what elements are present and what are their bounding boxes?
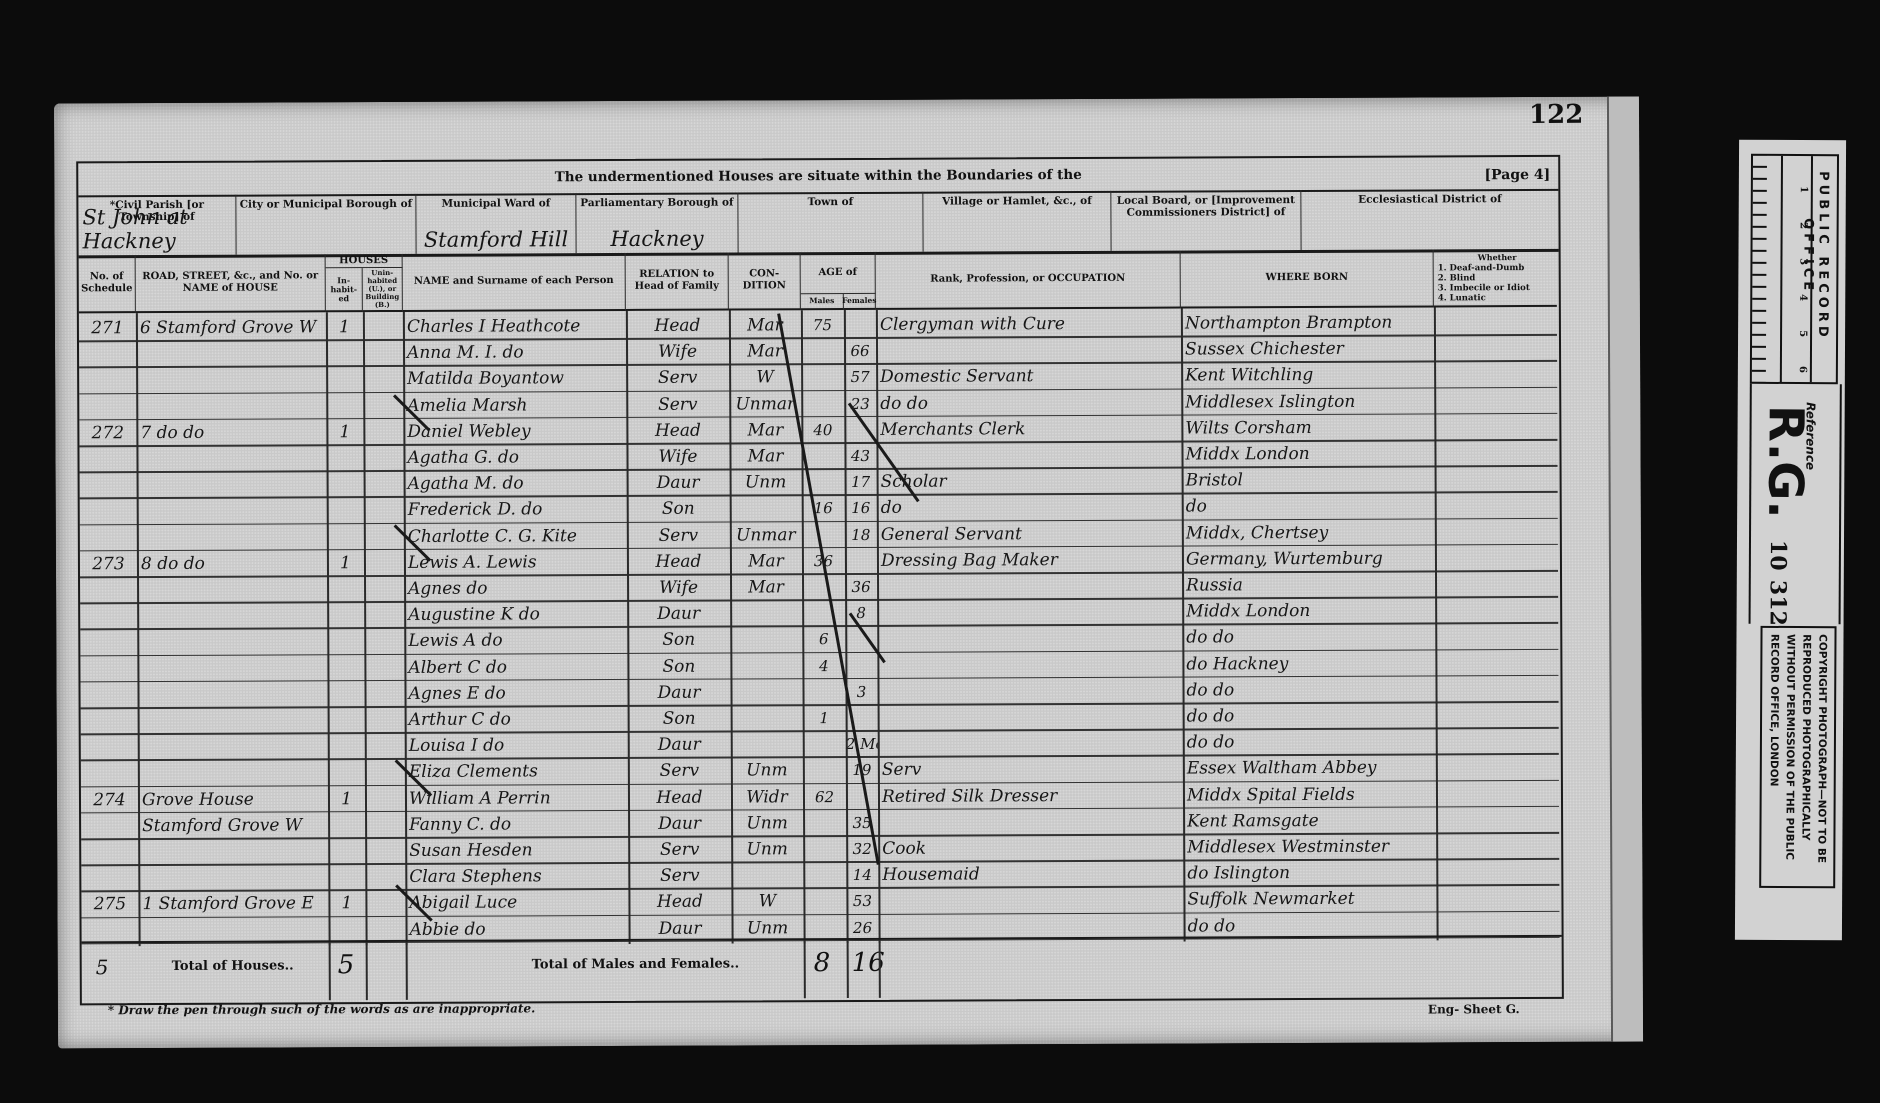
cell-relation: Son [627, 653, 730, 677]
cell-name: Agatha G. do [403, 444, 626, 469]
cell-schedule [80, 682, 137, 706]
place-municipal-ward: Municipal Ward of Stamford Hill [416, 193, 576, 254]
cell-schedule [80, 525, 137, 549]
col-age: AGE of [801, 252, 876, 294]
cell-schedule: 275 [81, 891, 138, 915]
cell-schedule [80, 603, 137, 627]
col-relation: RELATION to Head of Family [626, 253, 729, 311]
cell-where-born: Bristol [1182, 467, 1435, 492]
cell-inhabited [328, 707, 365, 731]
cell-where-born: do Hackney [1182, 650, 1435, 675]
cell-male-age: 75 [801, 312, 844, 336]
cell-name: Clara Stephens [405, 863, 628, 888]
cell-relation: Wife [627, 575, 730, 599]
schedules-mark: 5 [96, 955, 109, 979]
cell-name: William A Perrin [405, 785, 628, 810]
series-number: 10 [1765, 540, 1791, 571]
cell-road [137, 681, 327, 706]
cell-condition [730, 679, 802, 703]
cell-female-age: 53 [846, 888, 878, 912]
place-names-row: *Civil Parish [or Township] of St John a… [78, 189, 1558, 258]
cell-schedule [81, 918, 138, 942]
cell-female-age: 36 [845, 574, 877, 598]
cell-name: Amelia Marsh [403, 392, 626, 417]
cell-occupation [877, 625, 1182, 650]
cell-road [137, 602, 327, 627]
cell-schedule [79, 446, 136, 470]
cell-relation: Daur [628, 732, 731, 756]
cell-name: Agnes do [404, 575, 627, 600]
cell-relation: Son [627, 496, 730, 520]
cell-inhabited: 1 [327, 550, 364, 574]
cell-relation: Wife [626, 444, 729, 468]
cell-schedule [81, 865, 138, 889]
cell-male-age: 62 [803, 784, 846, 808]
cell-name: Susan Hesden [405, 837, 628, 862]
cell-relation: Head [627, 548, 730, 572]
cell-road [138, 707, 328, 732]
cell-inhabited [327, 655, 364, 679]
col-where-born: WHERE BORN [1181, 249, 1434, 308]
cell-condition [731, 705, 803, 729]
cell-female-age: 16 [845, 495, 877, 519]
cell-occupation: Retired Silk Dresser [878, 782, 1183, 807]
cell-inhabited [327, 629, 364, 653]
cell-condition: Unm [731, 758, 803, 782]
cell-schedule [80, 577, 137, 601]
cell-male-age [802, 679, 845, 703]
cell-road [138, 917, 328, 942]
cell-occupation [876, 337, 1181, 362]
cell-female-age: 14 [846, 862, 878, 886]
sheet-code: Eng- Sheet G. [1428, 1002, 1520, 1016]
cell-condition: Mar [729, 312, 801, 336]
cell-male-age [803, 915, 846, 939]
cell-occupation: Serv [878, 756, 1183, 781]
col-uninhabited: Unin-habited (U.), or Building (B.) [363, 268, 403, 312]
total-houses-value: 5 [338, 950, 355, 980]
cell-schedule [81, 839, 138, 863]
cell-inhabited: 1 [326, 314, 363, 338]
cell-male-age: 16 [802, 495, 845, 519]
col-infirmity: Whether 1. Deaf-and-Dumb 2. Blind 3. Imb… [1434, 249, 1557, 308]
col-name: NAME and Surname of each Person [403, 253, 626, 312]
cell-condition: Mar [730, 548, 802, 572]
reference-card: 123456 PUBLIC RECORD OFFICE R.G. Referen… [1735, 140, 1846, 941]
cell-condition [730, 627, 802, 651]
cell-occupation: Housemaid [878, 861, 1183, 886]
cell-inhabited [328, 812, 365, 836]
cell-name: Louisa I do [405, 732, 628, 757]
cell-where-born: Germany, Wurtemburg [1182, 545, 1435, 570]
place-local-board: Local Board, or [Improvement Commissione… [1111, 190, 1301, 251]
cell-male-age [802, 600, 845, 624]
cell-name: Abbie do [405, 916, 628, 941]
cell-schedule: 271 [79, 315, 136, 339]
cell-road: Stamford Grove W [138, 812, 328, 837]
cell-where-born: do do [1183, 912, 1436, 937]
cell-relation: Head [626, 417, 729, 441]
census-sheet: 122 The undermentioned Houses are situat… [54, 97, 1643, 1049]
cell-occupation: Dressing Bag Maker [877, 546, 1182, 571]
cell-where-born: Suffolk Newmarket [1183, 886, 1436, 911]
cell-road [137, 629, 327, 654]
cell-road: 1 Stamford Grove E [138, 891, 328, 916]
piece-number: 312 [1765, 580, 1791, 626]
cell-occupation [877, 651, 1182, 676]
cell-where-born: Middlesex Westminster [1183, 833, 1436, 858]
cell-name: Fanny C. do [405, 811, 628, 836]
cell-name: Charles I Heathcote [403, 313, 626, 338]
cell-condition: Mar [729, 338, 801, 362]
cell-male-age [803, 810, 846, 834]
cell-schedule: 274 [81, 787, 138, 811]
cell-inhabited: 1 [328, 786, 365, 810]
cell-inhabited: 1 [326, 419, 363, 443]
cell-name: Matilda Boyantow [403, 365, 626, 390]
sheet-edge [1607, 97, 1643, 1042]
cell-road [136, 340, 326, 365]
cell-relation: Head [626, 313, 729, 337]
cell-occupation: Merchants Clerk [876, 415, 1181, 440]
cell-road: 8 do do [137, 550, 327, 575]
cell-schedule [79, 341, 136, 365]
cell-female-age: 66 [844, 338, 876, 362]
cell-inhabited [328, 733, 365, 757]
cell-name: Eliza Clements [405, 758, 628, 783]
cell-occupation [877, 677, 1182, 702]
cell-where-born: Middx, Chertsey [1182, 519, 1435, 544]
cell-where-born: Kent Ramsgate [1183, 807, 1436, 832]
cell-male-age [803, 888, 846, 912]
cell-road [137, 471, 327, 496]
footnote: * Draw the pen through such of the words… [108, 1001, 535, 1017]
cell-where-born: Sussex Chichester [1181, 336, 1434, 361]
cell-relation: Serv [626, 365, 729, 389]
cell-where-born: Middlesex Islington [1181, 388, 1434, 413]
cell-name: Agatha M. do [404, 470, 627, 495]
col-schedule: No. of Schedule [79, 255, 136, 313]
cell-where-born: Middx London [1182, 598, 1435, 623]
cell-where-born: do Islington [1183, 860, 1436, 885]
cell-road [138, 838, 328, 863]
cell-occupation: Scholar [877, 468, 1182, 493]
cell-female-age: 2 Mo [846, 731, 878, 755]
cell-male-age: 40 [801, 417, 844, 441]
cell-male-age: 1 [803, 705, 846, 729]
cell-road [137, 524, 327, 549]
cell-inhabited [328, 760, 365, 784]
cell-male-age [802, 522, 845, 546]
copyright-notice: COPYRIGHT PHOTOGRAPH—NOT TO BE REPRODUCE… [1765, 634, 1830, 884]
cell-inhabited [326, 393, 363, 417]
cell-occupation [877, 573, 1182, 598]
col-road: ROAD, STREET, &c., and No. or NAME of HO… [136, 254, 326, 313]
cell-relation: Serv [628, 863, 731, 887]
cell-where-born: do do [1182, 676, 1435, 701]
cell-where-born: Northampton Brampton [1181, 309, 1434, 334]
cell-male-age [801, 338, 844, 362]
cell-occupation [876, 442, 1181, 467]
office-name: PUBLIC RECORD OFFICE [1800, 146, 1831, 366]
cell-female-age [846, 783, 878, 807]
cell-male-age [801, 391, 844, 415]
col-age-males: Males [801, 294, 844, 310]
cell-male-age [801, 443, 844, 467]
cell-road [136, 367, 326, 392]
place-ecclesiastical-district: Ecclesiastical District of [1301, 189, 1558, 250]
cell-name: Charlotte C. G. Kite [404, 523, 627, 548]
cell-schedule: 272 [79, 420, 136, 444]
cell-occupation: Domestic Servant [876, 363, 1181, 388]
cell-relation: Daur [627, 679, 730, 703]
total-persons-label: Total of Males and Females.. [532, 956, 740, 972]
cell-schedule [81, 708, 138, 732]
cell-name: Anna M. I. do [403, 339, 626, 364]
cell-female-age: 17 [845, 469, 877, 493]
cell-relation: Serv [628, 758, 731, 782]
cell-where-born: do do [1183, 702, 1436, 727]
cell-schedule [80, 498, 137, 522]
cell-inhabited [328, 838, 365, 862]
cell-name: Arthur C do [405, 706, 628, 731]
cell-female-age [844, 312, 876, 336]
census-form: The undermentioned Houses are situate wi… [76, 155, 1564, 1005]
cell-inhabited [327, 524, 364, 548]
cell-road [138, 760, 328, 785]
cell-name: Augustine K do [404, 601, 627, 626]
total-males-value: 8 [814, 948, 831, 978]
cell-schedule [80, 629, 137, 653]
cell-schedule [79, 394, 136, 418]
cell-relation: Serv [627, 522, 730, 546]
cell-condition [730, 653, 802, 677]
cell-condition: Unm [731, 915, 803, 939]
cell-road [138, 733, 328, 758]
cell-relation: Head [628, 889, 731, 913]
cell-schedule [81, 760, 138, 784]
cell-relation: Wife [626, 339, 729, 363]
cell-relation: Daur [628, 915, 731, 939]
page-label: [Page 4] [1484, 159, 1550, 191]
cell-male-age [803, 731, 846, 755]
cell-inhabited [326, 445, 363, 469]
cell-inhabited: 1 [328, 891, 365, 915]
cell-road: 7 do do [136, 419, 326, 444]
cell-name: Lewis A. Lewis [404, 549, 627, 574]
cell-schedule [81, 734, 138, 758]
cell-female-age: 26 [846, 914, 878, 938]
cell-where-born: Russia [1182, 571, 1435, 596]
cell-name: Albert C do [404, 654, 627, 679]
cell-relation: Serv [628, 837, 731, 861]
cell-road [137, 655, 327, 680]
total-houses-label: Total of Houses.. [172, 958, 294, 974]
cell-condition [730, 600, 802, 624]
reference-label: Reference [1803, 402, 1817, 470]
col-houses: HOUSES [326, 254, 403, 268]
folio-number: 122 [1529, 100, 1583, 130]
totals-row: 5 Total of Houses.. 5 Total of Males and… [82, 935, 1562, 1001]
cell-name: Abigail Luce [405, 889, 628, 914]
cell-female-age: 43 [844, 443, 876, 467]
cell-male-age [802, 574, 845, 598]
cell-male-age [803, 862, 846, 886]
cell-condition: Unm [731, 810, 803, 834]
banner-text: The undermentioned Houses are situate wi… [555, 167, 1082, 185]
cell-relation: Son [628, 706, 731, 730]
ruler-number: 6 [1797, 366, 1808, 373]
cell-relation: Daur [628, 810, 731, 834]
cell-road: 6 Stamford Grove W [136, 314, 326, 339]
cell-female-age [845, 652, 877, 676]
cell-occupation: do do [876, 389, 1181, 414]
cell-name: Agnes E do [404, 680, 627, 705]
cell-occupation [878, 704, 1183, 729]
cell-name: Frederick D. do [404, 496, 627, 521]
cell-occupation [877, 599, 1182, 624]
cell-name: Daniel Webley [403, 418, 626, 443]
cell-schedule [80, 472, 137, 496]
cell-inhabited [327, 681, 364, 705]
cell-occupation: do [877, 494, 1182, 519]
cell-female-age: 18 [845, 521, 877, 545]
cell-where-born: do [1182, 493, 1435, 518]
ruler-ticks [1752, 156, 1783, 382]
cell-male-age [803, 836, 846, 860]
cell-female-age [845, 548, 877, 572]
cell-schedule [80, 656, 137, 680]
cell-male-age [803, 757, 846, 781]
cell-relation: Son [627, 627, 730, 651]
cell-occupation [878, 913, 1183, 938]
cell-inhabited [327, 576, 364, 600]
cell-condition: Unm [730, 469, 802, 493]
cell-occupation [878, 808, 1183, 833]
col-age-females: Females [844, 294, 876, 310]
cell-schedule [79, 367, 136, 391]
cell-inhabited [328, 864, 365, 888]
cell-where-born: Essex Waltham Abbey [1183, 755, 1436, 780]
place-municipal-borough: City or Municipal Borough of [236, 194, 416, 255]
place-town: Town of [738, 192, 923, 253]
cell-occupation [878, 730, 1183, 755]
cell-condition: Unmar [730, 522, 802, 546]
cell-condition: Widr [731, 784, 803, 808]
col-occupation: Rank, Profession, or OCCUPATION [876, 251, 1181, 310]
cell-relation: Daur [627, 470, 730, 494]
cell-inhabited [327, 498, 364, 522]
cell-where-born: Middx Spital Fields [1183, 781, 1436, 806]
cell-name: Lewis A do [404, 627, 627, 652]
cell-where-born: do do [1182, 624, 1435, 649]
cell-road [137, 576, 327, 601]
cell-road: Grove House [138, 786, 328, 811]
cell-road [137, 498, 327, 523]
cell-inhabited [326, 367, 363, 391]
cell-road [138, 864, 328, 889]
cell-condition: Mar [729, 417, 801, 441]
cell-male-age [801, 364, 844, 388]
cell-where-born: Wilts Corsham [1181, 414, 1434, 439]
cell-female-age: 3 [845, 679, 877, 703]
col-condition: CON-DITION [729, 252, 801, 310]
cell-occupation: Clergyman with Cure [876, 311, 1181, 336]
cell-where-born: do do [1183, 729, 1436, 754]
cell-where-born: Kent Witchling [1181, 362, 1434, 387]
cell-condition: Mar [729, 443, 801, 467]
cell-female-age: 57 [844, 364, 876, 388]
cell-road [136, 393, 326, 418]
cell-occupation: Cook [878, 835, 1183, 860]
cell-condition: Mar [730, 574, 802, 598]
cell-relation: Serv [626, 391, 729, 415]
cell-condition [731, 731, 803, 755]
cell-inhabited [326, 340, 363, 364]
cell-where-born: Middx London [1181, 440, 1434, 465]
place-village: Village or Hamlet, &c., of [923, 191, 1111, 252]
cell-condition [730, 496, 802, 520]
place-parliamentary-borough: Parliamentary Borough of Hackney [576, 192, 738, 253]
cell-condition [731, 862, 803, 886]
cell-schedule [81, 813, 138, 837]
cell-schedule: 273 [80, 551, 137, 575]
cell-condition: W [731, 889, 803, 913]
place-civil-parish: *Civil Parish [or Township] of St John a… [78, 195, 236, 256]
cell-relation: Daur [627, 601, 730, 625]
cell-relation: Head [628, 784, 731, 808]
col-inhabited: In-habit-ed [326, 268, 363, 312]
cell-road [136, 445, 326, 470]
cell-inhabited [327, 471, 364, 495]
cell-condition: Unmar [729, 391, 801, 415]
cell-condition: Unm [731, 836, 803, 860]
cell-inhabited [327, 602, 364, 626]
cell-inhabited [328, 917, 365, 941]
cell-occupation [878, 887, 1183, 912]
cell-occupation: General Servant [877, 520, 1182, 545]
